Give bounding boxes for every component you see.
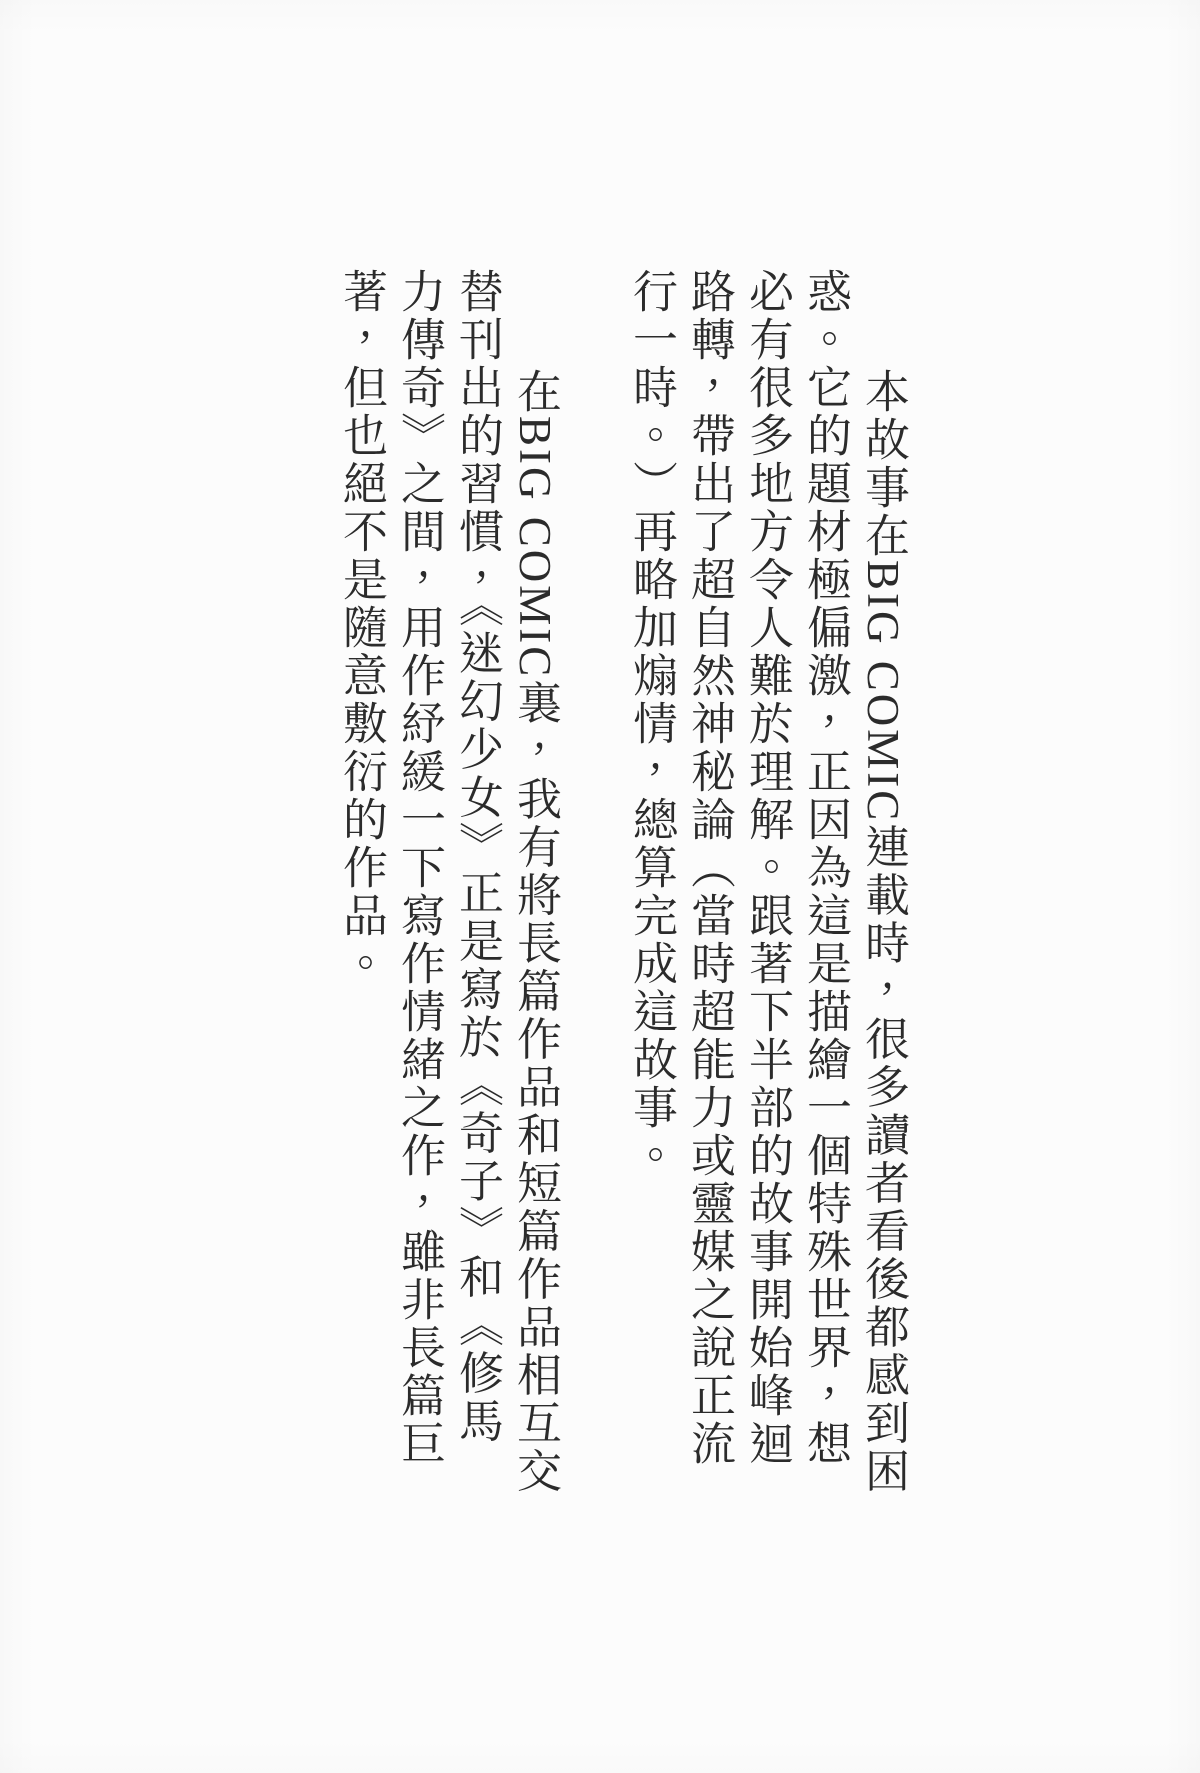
text-line: 本故事在BIG COMIC連載時，很多讀者看後都感到困 <box>854 268 912 1490</box>
text-line: 必有很多地方令人難於理解。跟著下半部的故事開始峰迴 <box>738 268 796 1490</box>
text-line: 行一時。）再略加煽情，總算完成這故事。 <box>622 268 680 1490</box>
text-line: 力傳奇》之間，用作紓緩一下寫作情緒之作，雖非長篇巨 <box>390 268 448 1490</box>
afterword-text-block: 本故事在BIG COMIC連載時，很多讀者看後都感到困 惑。它的題材極偏激，正因… <box>332 268 912 1490</box>
text-line: 路轉，帶出了超自然神秘論（當時超能力或靈媒之說正流 <box>680 268 738 1490</box>
text-line: 惑。它的題材極偏激，正因為這是描繪一個特殊世界，想 <box>796 268 854 1490</box>
paragraph-1: 本故事在BIG COMIC連載時，很多讀者看後都感到困 惑。它的題材極偏激，正因… <box>622 268 912 1490</box>
paragraph-2: 在BIG COMIC裏，我有將長篇作品和短篇作品相互交 替刊出的習慣，《迷幻少女… <box>332 268 564 1490</box>
text-line: 著，但也絕不是隨意敷衍的作品。 <box>332 268 390 1490</box>
text-line: 替刊出的習慣，《迷幻少女》正是寫於《奇子》和《修馬 <box>448 268 506 1490</box>
text-line: 在BIG COMIC裏，我有將長篇作品和短篇作品相互交 <box>506 268 564 1490</box>
book-page: 本故事在BIG COMIC連載時，很多讀者看後都感到困 惑。它的題材極偏激，正因… <box>0 0 1200 1773</box>
